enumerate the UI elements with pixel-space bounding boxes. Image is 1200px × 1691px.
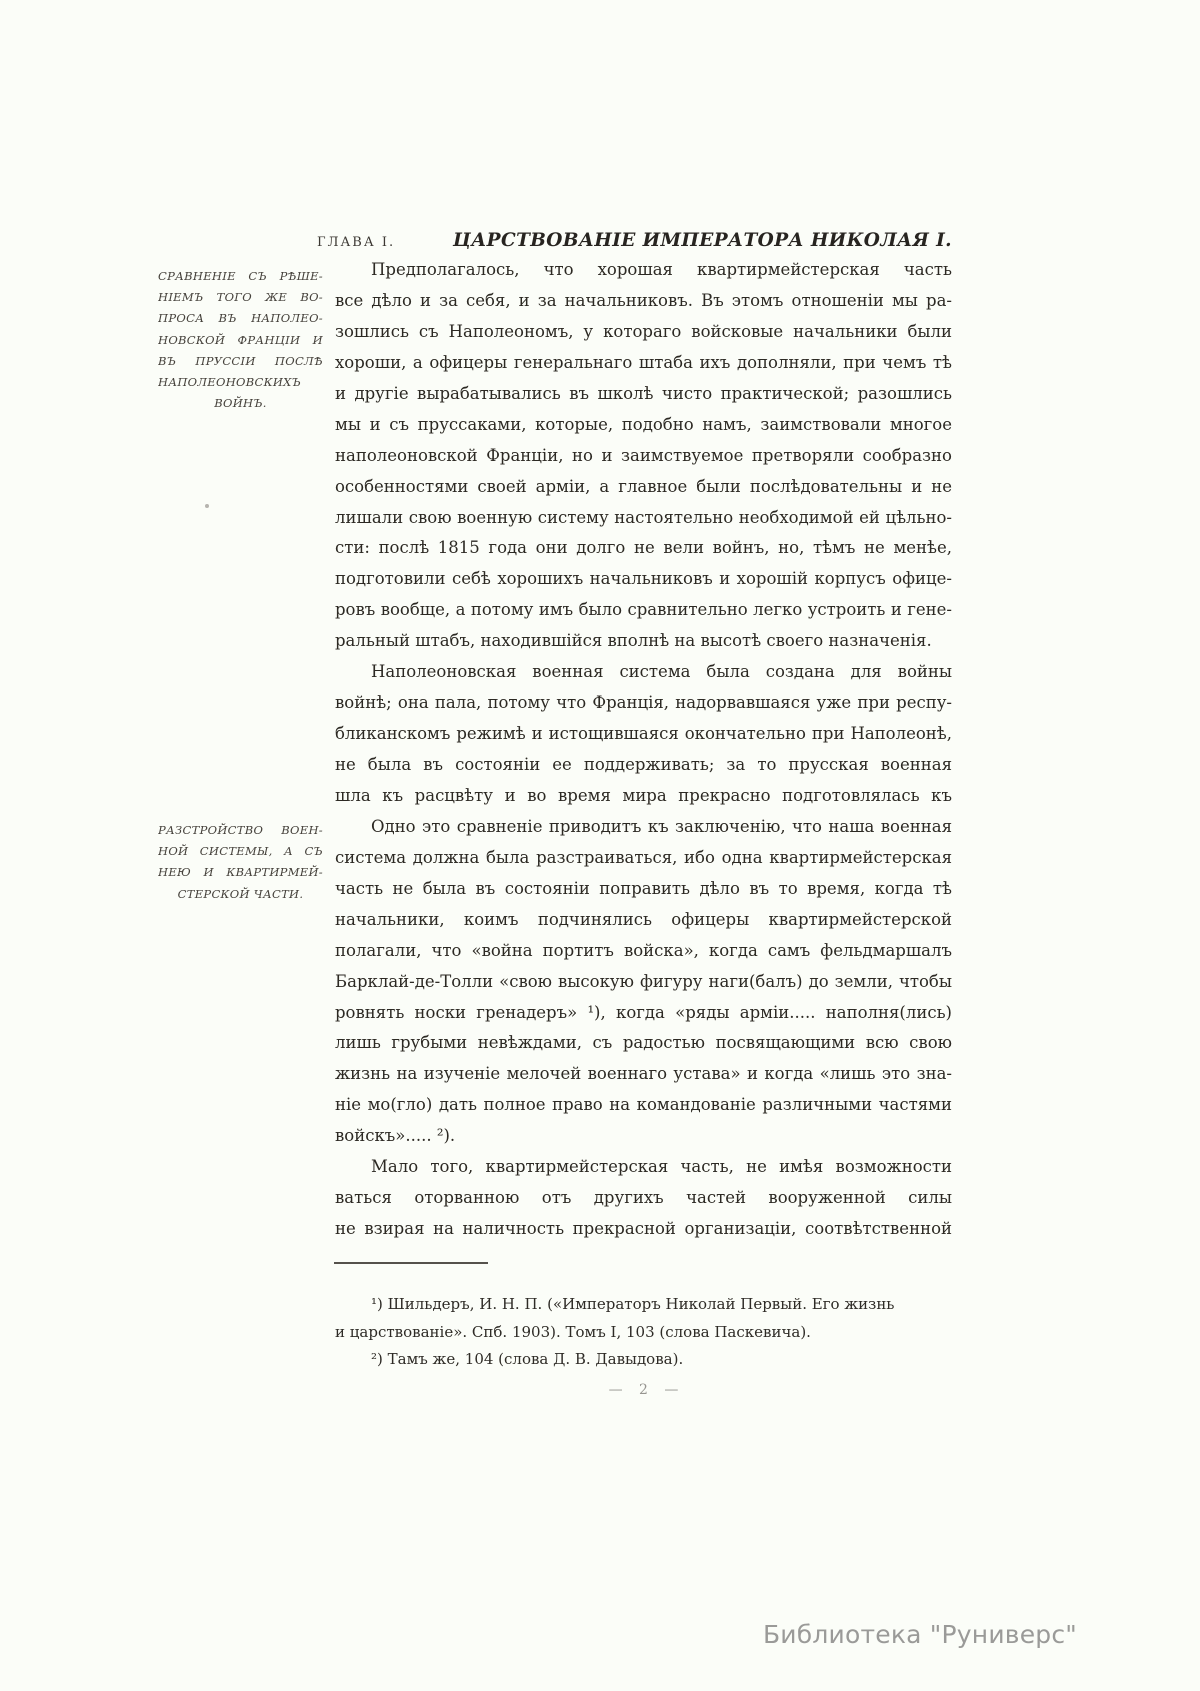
text-line: начальники, коимъ подчинялись офицеры кв… (335, 905, 952, 936)
text-line: особенностями своей арміи, а главное был… (335, 472, 952, 503)
footnotes: ¹) Шильдеръ, И. Н. П. («Императоръ Никол… (335, 1291, 955, 1374)
margin-note-line: НАПОЛЕОНОВСКИХЪ (158, 372, 323, 393)
margin-note-line: НЕЮ И КВАРТИРМЕЙ- (158, 862, 323, 883)
text-line: наполеоновской Франціи, но и заимствуемо… (335, 441, 952, 472)
footnote-line: ¹) Шильдеръ, И. Н. П. («Императоръ Никол… (335, 1291, 955, 1319)
paragraph: Предполагалось, что хорошая квартирмейст… (335, 255, 952, 657)
text-line: мы и съ пруссаками, которые, подобно нам… (335, 410, 952, 441)
watermark: Библиотека "Руниверс" (763, 1620, 1077, 1649)
margin-note: СРАВНЕНІЕ СЪ РѢШЕ-НІЕМЪ ТОГО ЖЕ ВО-ПРОСА… (158, 266, 323, 414)
margin-note-line: СТЕРСКОЙ ЧАСТИ. (158, 884, 323, 905)
chapter-label: ГЛАВА I. (317, 235, 395, 250)
text-line: лишь грубыми невѣждами, съ радостью посв… (335, 1028, 952, 1059)
text-line: лишали свою военную систему настоятельно… (335, 503, 952, 534)
text-line: ніе мо(гло) дать полное право на командо… (335, 1090, 952, 1121)
text-line: зошлись съ Наполеономъ, у котораго войск… (335, 317, 952, 348)
text-line: Предполагалось, что хорошая квартирмейст… (335, 255, 952, 286)
text-line: система должна была разстраиваться, ибо … (335, 843, 952, 874)
text-line: Барклай-де-Толли «свою высокую фигуру на… (335, 967, 952, 998)
margin-note-line: НОЙ СИСТЕМЫ, А СЪ (158, 841, 323, 862)
page-number: — 2 — (335, 1382, 952, 1398)
text-line: не была въ состояніи ее поддерживать; за… (335, 750, 952, 781)
text-line: Наполеоновская военная система была созд… (335, 657, 952, 688)
text-line: хороши, а офицеры генеральнаго штаба ихъ… (335, 348, 952, 379)
text-line: ваться оторванною отъ другихъ частей воо… (335, 1183, 952, 1214)
text-line: ровнять носки гренадеръ» ¹), когда «ряды… (335, 998, 952, 1029)
scanned-book-page: ГЛАВА I. ЦАРСТВОВАНІЕ ИМПЕРАТОРА НИКОЛАЯ… (0, 0, 1200, 1691)
paragraph: Мало того, квартирмейстерская часть, не … (335, 1152, 952, 1245)
text-line: все дѣло и за себя, и за начальниковъ. В… (335, 286, 952, 317)
page-title: ЦАРСТВОВАНІЕ ИМПЕРАТОРА НИКОЛАЯ I. (453, 230, 952, 251)
body-text: Предполагалось, что хорошая квартирмейст… (335, 255, 952, 1245)
paragraph: Одно это сравненіе приводитъ къ заключен… (335, 812, 952, 1152)
footnote-line: ²) Тамъ же, 104 (слова Д. В. Давыдова). (335, 1346, 955, 1374)
text-line: шла къ расцвѣту и во время мира прекрасн… (335, 781, 952, 812)
text-line: не взирая на наличность прекрасной орган… (335, 1214, 952, 1245)
text-line: подготовили себѣ хорошихъ начальниковъ и… (335, 564, 952, 595)
margin-note-line: ПРОСА ВЪ НАПОЛЕО- (158, 308, 323, 329)
margin-note: РАЗСТРОЙСТВО ВОЕН-НОЙ СИСТЕМЫ, А СЪНЕЮ И… (158, 820, 323, 905)
footnote-divider (334, 1262, 488, 1264)
margin-note-line: РАЗСТРОЙСТВО ВОЕН- (158, 820, 323, 841)
text-line: сти: послѣ 1815 года они долго не вели в… (335, 533, 952, 564)
text-line: Одно это сравненіе приводитъ къ заключен… (335, 812, 952, 843)
text-line: ральный штабъ, находившійся вполнѣ на вы… (335, 626, 952, 657)
margin-note-line: НОВСКОЙ ФРАНЦІИ И (158, 330, 323, 351)
text-line: бликанскомъ режимѣ и истощившаяся оконча… (335, 719, 952, 750)
margin-note-line: ВЪ ПРУССІИ ПОСЛѢ (158, 351, 323, 372)
text-line: ровъ вообще, а потому имъ было сравнител… (335, 595, 952, 626)
text-line: часть не была въ состояніи поправить дѣл… (335, 874, 952, 905)
text-line: полагали, что «война портитъ войска», ко… (335, 936, 952, 967)
text-line: жизнь на изученіе мелочей военнаго устав… (335, 1059, 952, 1090)
paragraph: Наполеоновская военная система была созд… (335, 657, 952, 812)
footnote-line: и царствованіе». Спб. 1903). Томъ I, 103… (335, 1319, 955, 1347)
margin-note-line: НІЕМЪ ТОГО ЖЕ ВО- (158, 287, 323, 308)
text-line: Мало того, квартирмейстерская часть, не … (335, 1152, 952, 1183)
margin-note-line: СРАВНЕНІЕ СЪ РѢШЕ- (158, 266, 323, 287)
text-line: и другіе вырабатывались въ школѣ чисто п… (335, 379, 952, 410)
text-line: войнѣ; она пала, потому что Франція, над… (335, 688, 952, 719)
scan-speckle (205, 504, 209, 508)
page-header: ГЛАВА I. ЦАРСТВОВАНІЕ ИМПЕРАТОРА НИКОЛАЯ… (317, 230, 952, 251)
text-line: войскъ»..... ²). (335, 1121, 952, 1152)
margin-note-line: ВОЙНЪ. (158, 393, 323, 414)
